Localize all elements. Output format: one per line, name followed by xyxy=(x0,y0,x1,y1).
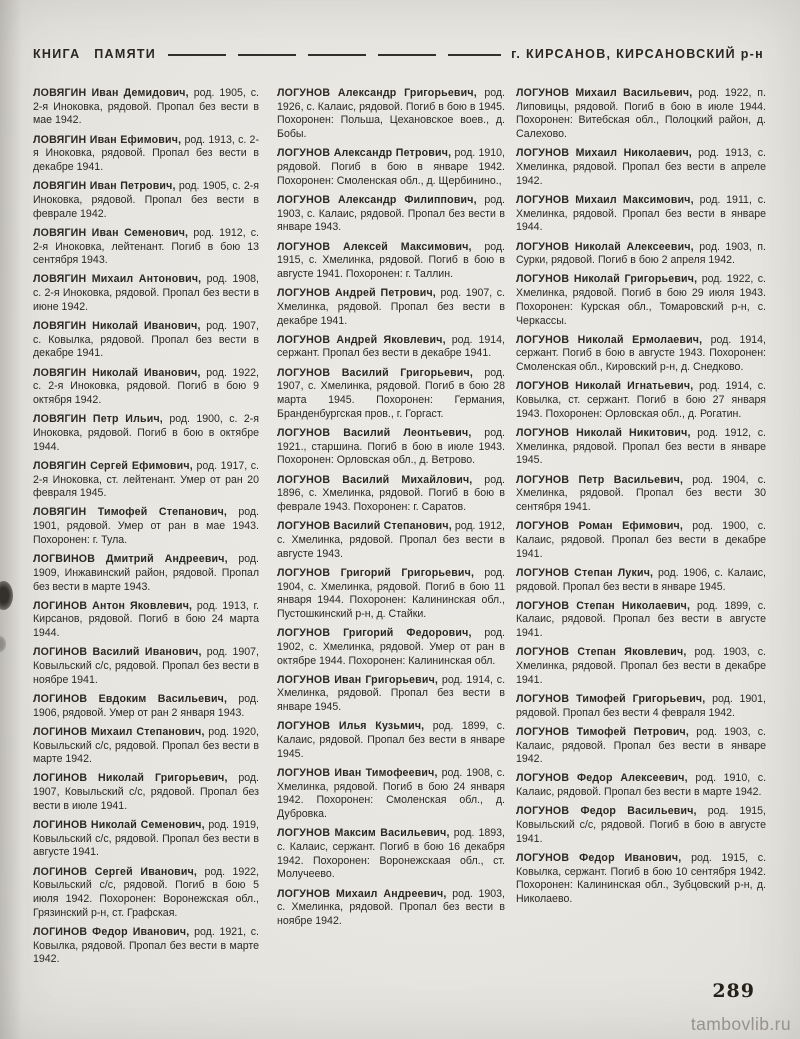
memorial-entry: ЛОГУНОВ Роман Ефимович, род. 1900, с. Ка… xyxy=(516,520,766,561)
memorial-entry: ЛОГУНОВ Николай Григорьевич, род. 1922, … xyxy=(516,273,766,328)
page-number: 289 xyxy=(712,980,755,1002)
memorial-entry: ЛОВЯГИН Николай Иванович, род. 1922, с. … xyxy=(33,367,259,408)
entry-person-name: ЛОГУНОВ Григорий Григорьевич, xyxy=(277,567,474,579)
memorial-entry: ЛОВЯГИН Михаил Антонович, род. 1908, с. … xyxy=(33,273,259,314)
memorial-entry: ЛОГУНОВ Федор Иванович, род. 1915, с. Ко… xyxy=(516,852,766,907)
entry-person-name: ЛОГУНОВ Максим Васильевич, xyxy=(277,827,450,839)
entry-person-name: ЛОГУНОВ Василий Михайлович, xyxy=(277,474,472,486)
entry-person-name: ЛОГУНОВ Степан Николаевич, xyxy=(516,600,690,612)
entry-person-name: ЛОВЯГИН Николай Иванович, xyxy=(33,320,201,332)
entry-person-name: ЛОВЯГИН Петр Ильич, xyxy=(33,413,163,425)
entry-person-name: ЛОВЯГИН Тимофей Степанович, xyxy=(33,506,227,518)
memorial-entry: ЛОГУНОВ Григорий Григорьевич, род. 1904,… xyxy=(277,567,505,622)
column-3: ЛОГУНОВ Михаил Васильевич, род. 1922, п.… xyxy=(516,87,766,973)
memorial-entry: ЛОГУНОВ Тимофей Петрович, род. 1903, с. … xyxy=(516,726,766,767)
memorial-entry: ЛОВЯГИН Петр Ильич, род. 1900, с. 2-я Ин… xyxy=(33,413,259,454)
memorial-entry: ЛОГУНОВ Иван Григорьевич, род. 1914, с. … xyxy=(277,674,505,715)
memorial-entry: ЛОГУНОВ Федор Алексеевич, род. 1910, с. … xyxy=(516,772,766,799)
memorial-entry: ЛОВЯГИН Иван Семенович, род. 1912, с. 2-… xyxy=(33,227,259,268)
entry-person-name: ЛОГУНОВ Андрей Петрович, xyxy=(277,287,436,299)
memorial-entry: ЛОГУНОВ Андрей Петрович, род. 1907, с. Х… xyxy=(277,287,505,328)
entry-person-name: ЛОВЯГИН Иван Демидович, xyxy=(33,87,189,99)
memorial-entry: ЛОВЯГИН Тимофей Степанович, род. 1901, р… xyxy=(33,506,259,547)
memorial-entry: ЛОГИНОВ Сергей Иванович, род. 1922, Ковы… xyxy=(33,866,259,921)
memorial-entry: ЛОГУНОВ Андрей Яковлевич, род. 1914, сер… xyxy=(277,334,505,361)
entry-person-name: ЛОГУНОВ Григорий Федорович, xyxy=(277,627,472,639)
memorial-entry: ЛОГУНОВ Михаил Николаевич, род. 1913, с.… xyxy=(516,147,766,188)
entry-person-name: ЛОГУНОВ Степан Яковлевич, xyxy=(516,646,687,658)
entry-person-name: ЛОГУНОВ Алексей Максимович, xyxy=(277,241,472,253)
memorial-entry: ЛОГУНОВ Николай Алексеевич, род. 1903, п… xyxy=(516,241,766,268)
memorial-entry: ЛОГУНОВ Василий Леонтьевич, род. 1921., … xyxy=(277,427,505,468)
book-title: КНИГА ПАМЯТИ xyxy=(33,47,156,61)
entry-person-name: ЛОГУНОВ Василий Степанович, xyxy=(277,520,452,532)
memorial-entry: ЛОГУНОВ Михаил Васильевич, род. 1922, п.… xyxy=(516,87,766,142)
memorial-entry: ЛОГИНОВ Василий Иванович, род. 1907, Ков… xyxy=(33,646,259,687)
entry-person-name: ЛОГИНОВ Михаил Степанович, xyxy=(33,726,205,738)
memorial-entry: ЛОГУНОВ Михаил Максимович, род. 1911, с.… xyxy=(516,194,766,235)
memorial-entry: ЛОГУНОВ Василий Степанович, род. 1912, с… xyxy=(277,520,505,561)
entry-person-name: ЛОГУНОВ Василий Григорьевич, xyxy=(277,367,473,379)
entry-person-name: ЛОВЯГИН Иван Ефимович, xyxy=(33,134,181,146)
header-dashed-rule xyxy=(168,54,501,56)
entry-person-name: ЛОГУНОВ Николай Никитович, xyxy=(516,427,691,439)
column-1: ЛОВЯГИН Иван Демидович, род. 1905, с. 2-… xyxy=(33,87,259,973)
entry-person-name: ЛОГУНОВ Федор Васильевич, xyxy=(516,805,697,817)
memorial-entry: ЛОГУНОВ Алексей Максимович, род. 1915, с… xyxy=(277,241,505,282)
entry-person-name: ЛОГИНОВ Николай Григорьевич, xyxy=(33,772,228,784)
entry-person-name: ЛОГУНОВ Николай Алексеевич, xyxy=(516,241,694,253)
entry-person-name: ЛОГУНОВ Александр Филиппович, xyxy=(277,194,477,206)
memorial-entry: ЛОГУНОВ Иван Тимофеевич, род. 1908, с. Х… xyxy=(277,767,505,822)
entry-person-name: ЛОГИНОВ Сергей Иванович, xyxy=(33,866,197,878)
entry-person-name: ЛОГУНОВ Николай Игнатьевич, xyxy=(516,380,693,392)
memorial-entry: ЛОГУНОВ Александр Григорьевич, род. 1926… xyxy=(277,87,505,142)
memorial-entry: ЛОВЯГИН Иван Демидович, род. 1905, с. 2-… xyxy=(33,87,259,128)
memorial-entry: ЛОГУНОВ Тимофей Григорьевич, род. 1901, … xyxy=(516,693,766,720)
memorial-entry: ЛОВЯГИН Николай Иванович, род. 1907, с. … xyxy=(33,320,259,361)
entry-person-name: ЛОГУНОВ Петр Васильевич, xyxy=(516,474,683,486)
entry-person-name: ЛОГУНОВ Степан Лукич, xyxy=(516,567,653,579)
memorial-entry: ЛОГИНОВ Николай Семенович, род. 1919, Ко… xyxy=(33,819,259,860)
entry-person-name: ЛОГИНОВ Николай Семенович, xyxy=(33,819,205,831)
memorial-entry: ЛОВЯГИН Иван Ефимович, род. 1913, с. 2-я… xyxy=(33,134,259,175)
entry-person-name: ЛОГУНОВ Тимофей Григорьевич, xyxy=(516,693,705,705)
entry-person-name: ЛОГУНОВ Роман Ефимович, xyxy=(516,520,683,532)
memorial-entry: ЛОГУНОВ Григорий Федорович, род. 1902, с… xyxy=(277,627,505,668)
memorial-entry: ЛОГУНОВ Василий Михайлович, род. 1896, с… xyxy=(277,474,505,515)
district-title: г. КИРСАНОВ, КИРСАНОВСКИЙ р-н xyxy=(511,47,764,61)
entry-person-name: ЛОГВИНОВ Дмитрий Андреевич, xyxy=(33,553,228,565)
entry-person-name: ЛОГИНОВ Евдоким Васильевич, xyxy=(33,693,227,705)
memorial-entry: ЛОВЯГИН Сергей Ефимович, род. 1917, с. 2… xyxy=(33,460,259,501)
entry-person-name: ЛОГУНОВ Илья Кузьмич, xyxy=(277,720,424,732)
scan-edge-shadow xyxy=(0,0,22,1039)
entry-person-name: ЛОВЯГИН Иван Петрович, xyxy=(33,180,176,192)
memorial-entry: ЛОГУНОВ Федор Васильевич, род. 1915, Ков… xyxy=(516,805,766,846)
entry-person-name: ЛОГУНОВ Михаил Николаевич, xyxy=(516,147,692,159)
entry-person-name: ЛОВЯГИН Николай Иванович, xyxy=(33,367,201,379)
scanned-memorial-book-page: КНИГА ПАМЯТИ г. КИРСАНОВ, КИРСАНОВСКИЙ р… xyxy=(0,0,800,1039)
memorial-entry: ЛОГУНОВ Николай Игнатьевич, род. 1914, с… xyxy=(516,380,766,421)
memorial-entry: ЛОГУНОВ Николай Ермолаевич, род. 1914, с… xyxy=(516,334,766,375)
entry-person-name: ЛОВЯГИН Иван Семенович, xyxy=(33,227,188,239)
entry-person-name: ЛОГУНОВ Тимофей Петрович, xyxy=(516,726,689,738)
entry-person-name: ЛОГУНОВ Иван Григорьевич, xyxy=(277,674,438,686)
entry-person-name: ЛОГИНОВ Василий Иванович, xyxy=(33,646,202,658)
memorial-entry: ЛОГУНОВ Василий Григорьевич, род. 1907, … xyxy=(277,367,505,422)
memorial-entry: ЛОГИНОВ Антон Яковлевич, род. 1913, г. К… xyxy=(33,600,259,641)
memorial-entry: ЛОГУНОВ Илья Кузьмич, род. 1899, с. Кала… xyxy=(277,720,505,761)
memorial-entry: ЛОГУНОВ Степан Яковлевич, род. 1903, с. … xyxy=(516,646,766,687)
memorial-entry: ЛОГИНОВ Евдоким Васильевич, род. 1906, р… xyxy=(33,693,259,720)
memorial-entry: ЛОГИНОВ Федор Иванович, род. 1921, с. Ко… xyxy=(33,926,259,967)
memorial-entry: ЛОГУНОВ Максим Васильевич, род. 1893, с.… xyxy=(277,827,505,882)
entry-person-name: ЛОГУНОВ Александр Григорьевич, xyxy=(277,87,477,99)
entry-person-name: ЛОГУНОВ Михаил Максимович, xyxy=(516,194,694,206)
entry-person-name: ЛОГУНОВ Александр Петрович, xyxy=(277,147,451,159)
memorial-entry: ЛОГУНОВ Николай Никитович, род. 1912, с.… xyxy=(516,427,766,468)
entry-person-name: ЛОГУНОВ Федор Алексеевич, xyxy=(516,772,688,784)
entry-person-name: ЛОВЯГИН Сергей Ефимович, xyxy=(33,460,193,472)
memorial-entry: ЛОГВИНОВ Дмитрий Андреевич, род. 1909, И… xyxy=(33,553,259,594)
memorial-entry: ЛОГУНОВ Александр Петрович, род. 1910, р… xyxy=(277,147,505,188)
memorial-entry: ЛОГУНОВ Степан Николаевич, род. 1899, с.… xyxy=(516,600,766,641)
memorial-columns: ЛОВЯГИН Иван Демидович, род. 1905, с. 2-… xyxy=(33,87,766,973)
entry-person-name: ЛОГУНОВ Иван Тимофеевич, xyxy=(277,767,438,779)
entry-person-name: ЛОГУНОВ Василий Леонтьевич, xyxy=(277,427,471,439)
column-2: ЛОГУНОВ Александр Григорьевич, род. 1926… xyxy=(277,87,505,973)
entry-person-name: ЛОГИНОВ Антон Яковлевич, xyxy=(33,600,192,612)
library-watermark: tambovlib.ru xyxy=(691,1014,791,1035)
memorial-entry: ЛОГУНОВ Степан Лукич, род. 1906, с. Кала… xyxy=(516,567,766,594)
memorial-entry: ЛОГУНОВ Михаил Андреевич, род. 1903, с. … xyxy=(277,888,505,929)
entry-person-name: ЛОГУНОВ Андрей Яковлевич, xyxy=(277,334,446,346)
memorial-entry: ЛОВЯГИН Иван Петрович, род. 1905, с. 2-я… xyxy=(33,180,259,221)
entry-person-name: ЛОГУНОВ Николай Григорьевич, xyxy=(516,273,697,285)
entry-person-name: ЛОГИНОВ Федор Иванович, xyxy=(33,926,189,938)
memorial-entry: ЛОГУНОВ Александр Филиппович, род. 1903,… xyxy=(277,194,505,235)
entry-person-name: ЛОГУНОВ Федор Иванович, xyxy=(516,852,681,864)
entry-person-name: ЛОГУНОВ Михаил Андреевич, xyxy=(277,888,447,900)
entry-person-name: ЛОВЯГИН Михаил Антонович, xyxy=(33,273,201,285)
memorial-entry: ЛОГИНОВ Николай Григорьевич, род. 1907, … xyxy=(33,772,259,813)
page-header: КНИГА ПАМЯТИ г. КИРСАНОВ, КИРСАНОВСКИЙ р… xyxy=(33,47,764,61)
entry-person-name: ЛОГУНОВ Николай Ермолаевич, xyxy=(516,334,702,346)
entry-person-name: ЛОГУНОВ Михаил Васильевич, xyxy=(516,87,692,99)
memorial-entry: ЛОГУНОВ Петр Васильевич, род. 1904, с. Х… xyxy=(516,474,766,515)
memorial-entry: ЛОГИНОВ Михаил Степанович, род. 1920, Ко… xyxy=(33,726,259,767)
